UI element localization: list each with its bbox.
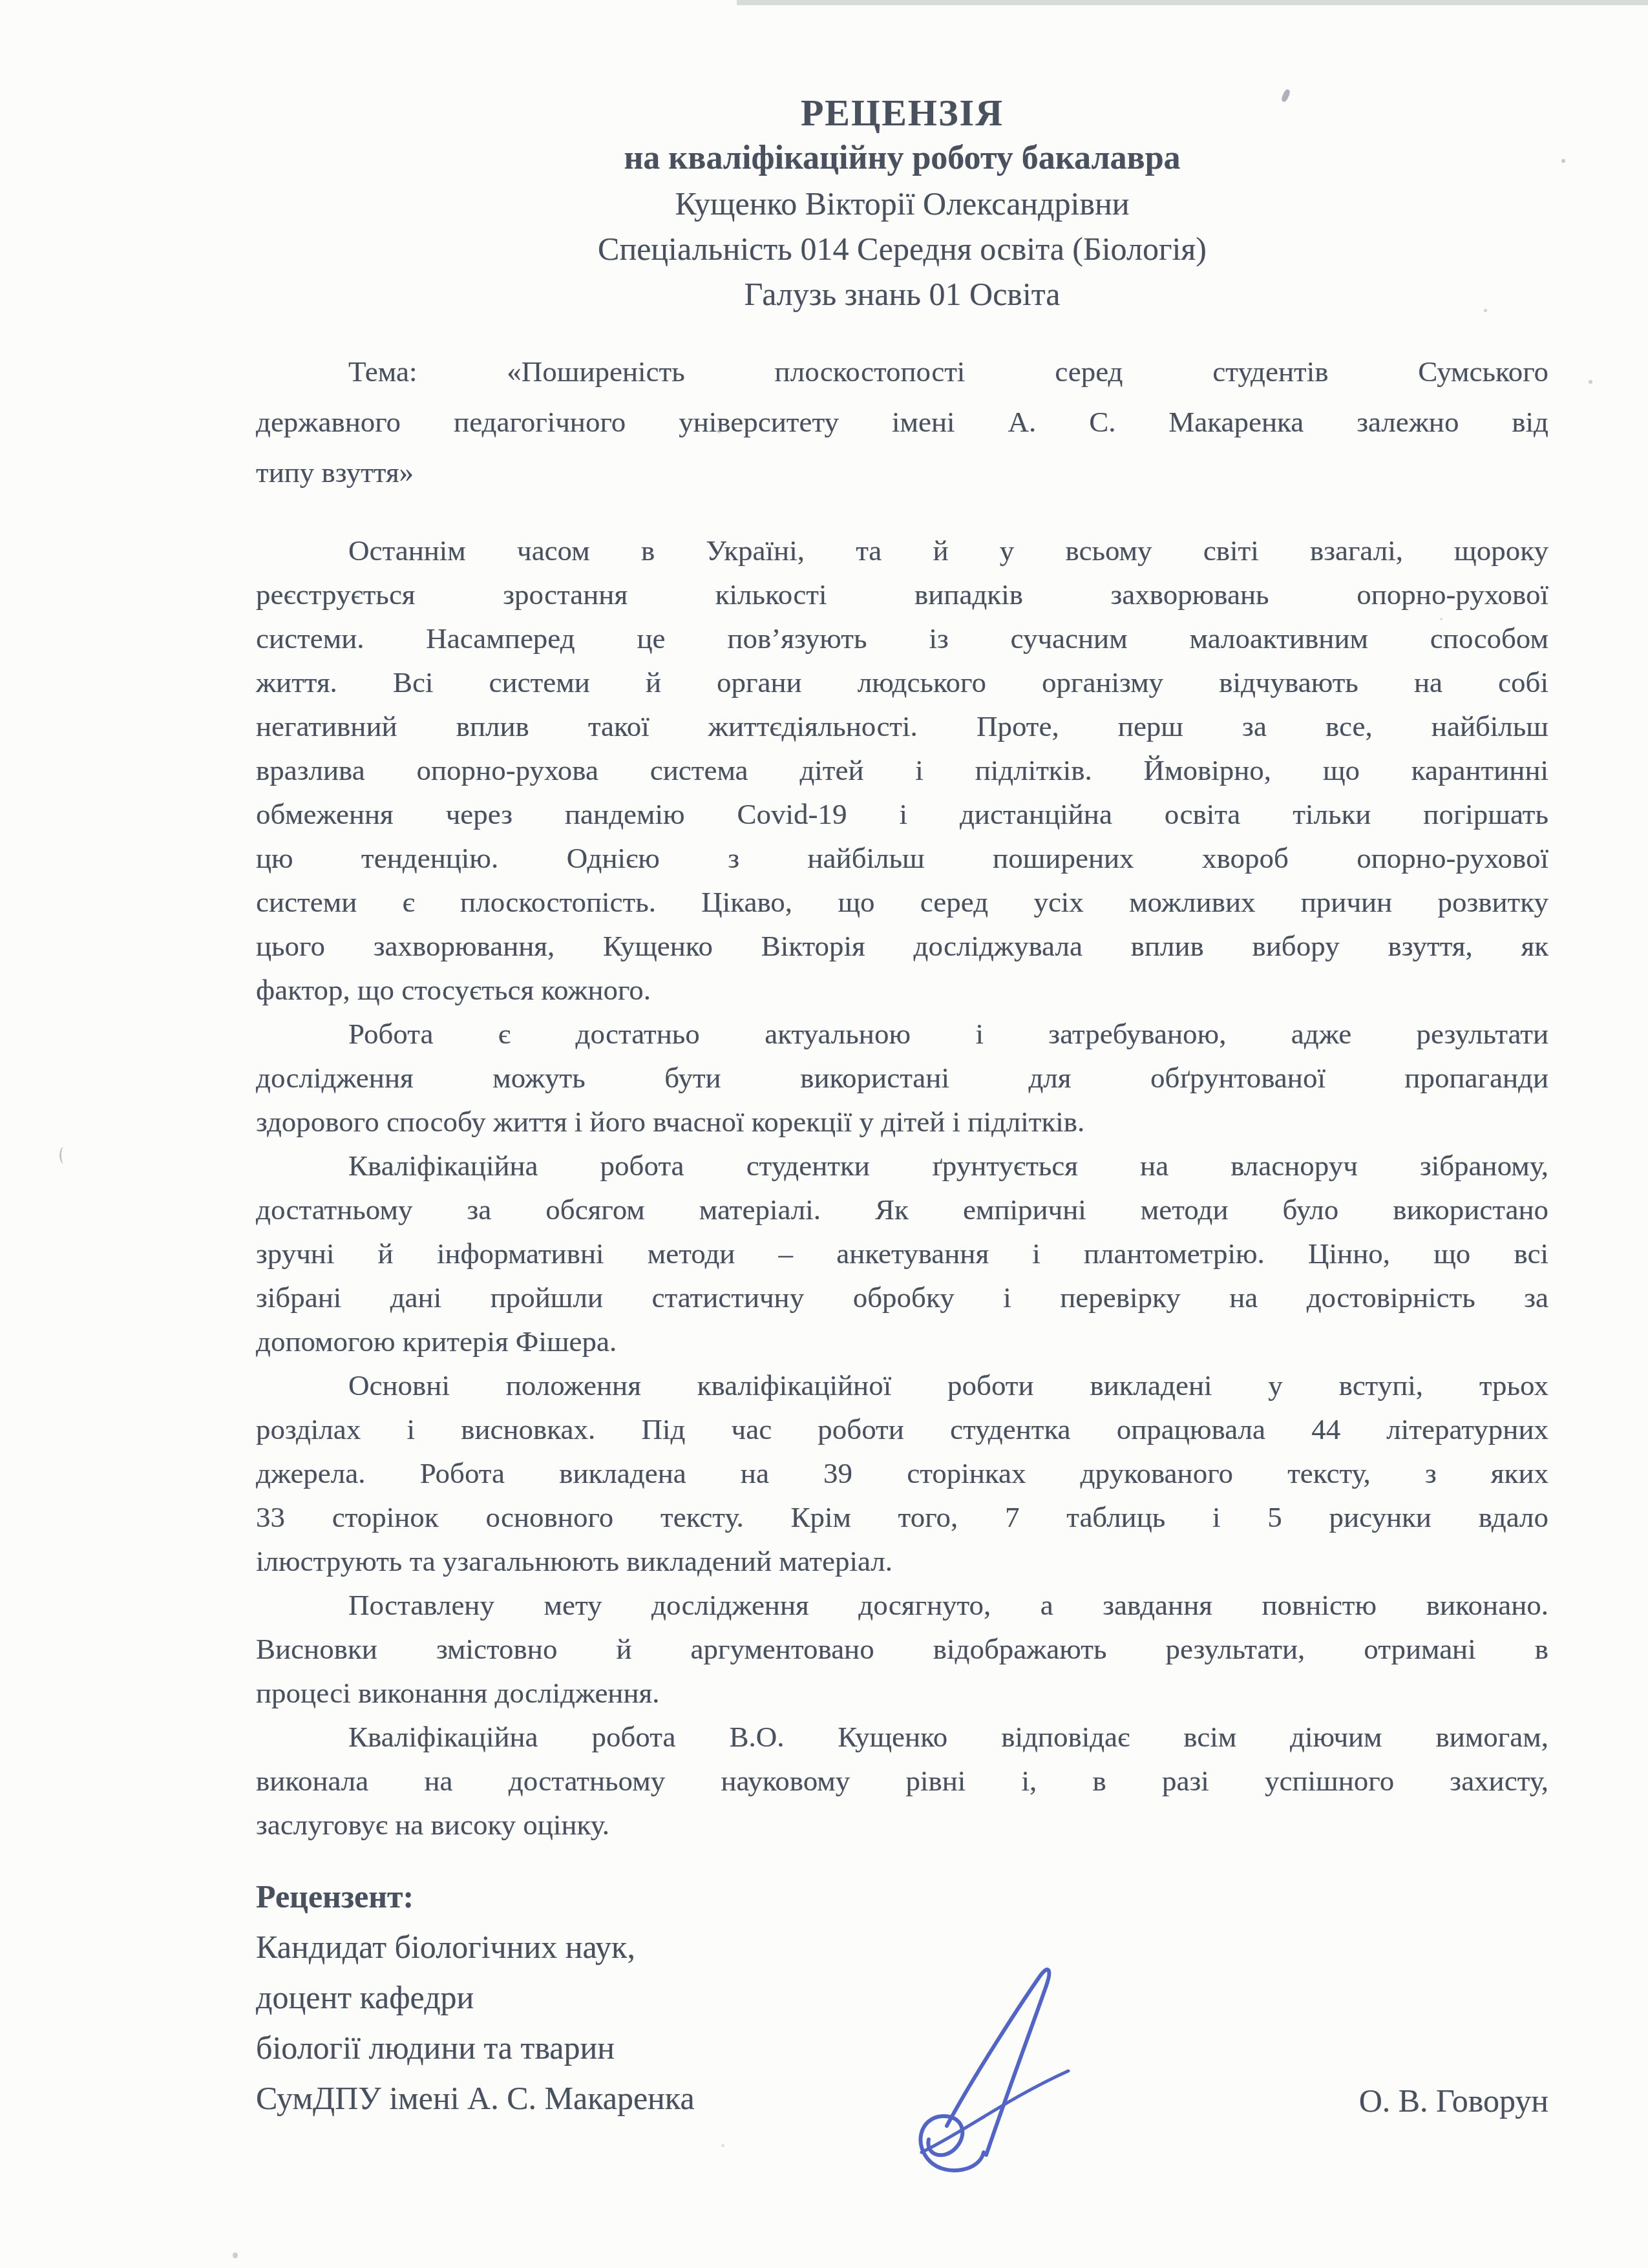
scanned-document-page: РЕЦЕНЗІЯ на кваліфікаційну роботу бакала…: [0, 0, 1648, 2268]
text-line: Основні положення кваліфікаційної роботи…: [256, 1363, 1548, 1407]
text-line: цього захворювання, Кущенко Вікторія дос…: [256, 924, 1548, 968]
text-line: Останнім часом в Україні, та й у всьому …: [256, 529, 1548, 572]
text-line: обмеження через пандемію Covid-19 і дист…: [256, 792, 1548, 836]
signature-tail: [922, 2071, 1068, 2152]
reviewer-credentials: Кандидат біологічних наук,доцент кафедри…: [256, 1922, 1548, 2123]
text-line: життя. Всі системи й органи людського ор…: [256, 660, 1548, 704]
text-line: зручні й інформативні методи – анкетуван…: [256, 1232, 1548, 1276]
text-line: Кваліфікаційна робота В.О. Кущенко відпо…: [256, 1715, 1548, 1759]
reviewer-block: Рецензент: Кандидат біологічних наук,доц…: [256, 1871, 1548, 2123]
text-line: здорового способу життя і його вчасної к…: [256, 1100, 1548, 1144]
reviewer-credential-line: біології людини та тварин: [256, 2022, 1548, 2073]
paragraph: Робота є достатньо актуальною і затребув…: [256, 1012, 1548, 1144]
scan-speck: [59, 1147, 68, 1164]
paragraph: Основні положення кваліфікаційної роботи…: [256, 1363, 1548, 1583]
document-body: Тема: «Поширеність плоскостопості серед …: [256, 346, 1548, 1847]
scan-speck: [717, 430, 721, 434]
paragraph: Поставлену мету дослідження досягнуто, а…: [256, 1583, 1548, 1715]
scan-speck: [1440, 618, 1442, 620]
text-line: системи. Насамперед це пов’язують із суч…: [256, 616, 1548, 660]
student-name: Кущенко Вікторії Олександрівни: [256, 181, 1548, 226]
paragraph: Кваліфікаційна робота В.О. Кущенко відпо…: [256, 1715, 1548, 1847]
text-line: системи є плоскостопість. Цікаво, що сер…: [256, 880, 1548, 924]
text-line: достатньому за обсягом матеріалі. Як емп…: [256, 1188, 1548, 1232]
text-line: розділах і висновках. Під час роботи сту…: [256, 1407, 1548, 1451]
text-line: 33 сторінок основного тексту. Крім того,…: [256, 1495, 1548, 1539]
text-line: Тема: «Поширеність плоскостопості серед …: [256, 346, 1548, 397]
field-of-knowledge-line: Галузь знань 01 Освіта: [256, 271, 1548, 317]
text-line: вразлива опорно-рухова система дітей і п…: [256, 748, 1548, 792]
handwritten-signature: [911, 1961, 1073, 2174]
scan-speck: [1484, 309, 1487, 312]
scan-speck: [721, 2144, 724, 2147]
scan-speck: [1589, 380, 1592, 384]
text-line: типу взуття»: [256, 447, 1548, 498]
paragraph: Останнім часом в Україні, та й у всьому …: [256, 529, 1548, 1012]
text-line: державного педагогічного університету ім…: [256, 397, 1548, 447]
text-line: Поставлену мету дослідження досягнуто, а…: [256, 1583, 1548, 1627]
reviewer-credential-line: доцент кафедри: [256, 1972, 1548, 2022]
document-title: РЕЦЕНЗІЯ: [256, 90, 1548, 136]
text-line: цю тенденцію. Однією з найбільш поширени…: [256, 836, 1548, 880]
text-line: фактор, що стосується кожного.: [256, 968, 1548, 1012]
theme-paragraph: Тема: «Поширеність плоскостопості серед …: [256, 346, 1548, 498]
reviewer-credential-line: Кандидат біологічних наук,: [256, 1922, 1548, 1972]
scan-speck: [233, 2252, 238, 2258]
text-line: Робота є достатньо актуальною і затребув…: [256, 1012, 1548, 1056]
text-line: Кваліфікаційна робота студентки ґрунтуєт…: [256, 1144, 1548, 1188]
text-line: виконала на достатньому науковому рівні …: [256, 1759, 1548, 1803]
text-line: зібрані дані пройшли статистичну обробку…: [256, 1276, 1548, 1319]
text-line: джерела. Робота викладена на 39 сторінка…: [256, 1451, 1548, 1495]
text-line: Висновки змістовно й аргументовано відоб…: [256, 1627, 1548, 1671]
text-line: негативний вплив такої життєдіяльності. …: [256, 704, 1548, 748]
text-line: ілюструють та узагальнюють викладений ма…: [256, 1539, 1548, 1583]
text-line: допомогою критерія Фішера.: [256, 1319, 1548, 1363]
paragraph: Кваліфікаційна робота студентки ґрунтуєт…: [256, 1144, 1548, 1363]
document-subtitle: на кваліфікаційну роботу бакалавра: [256, 136, 1548, 181]
text-line: дослідження можуть бути використані для …: [256, 1056, 1548, 1100]
reviewer-label: Рецензент:: [256, 1871, 1548, 1922]
document-header: РЕЦЕНЗІЯ на кваліфікаційну роботу бакала…: [256, 0, 1548, 317]
document-content: РЕЦЕНЗІЯ на кваліфікаційну роботу бакала…: [256, 0, 1548, 2123]
text-line: процесі виконання дослідження.: [256, 1671, 1548, 1715]
reviewer-credential-line: СумДПУ імені А. С. Макаренка: [256, 2073, 1548, 2123]
scan-speck: [1561, 159, 1565, 163]
text-line: реєструється зростання кількості випадкі…: [256, 572, 1548, 616]
text-line: заслуговує на високу оцінку.: [256, 1803, 1548, 1847]
reviewer-name: О. В. Говорун: [1359, 2075, 1548, 2126]
specialty-line: Спеціальність 014 Середня освіта (Біолог…: [256, 226, 1548, 271]
